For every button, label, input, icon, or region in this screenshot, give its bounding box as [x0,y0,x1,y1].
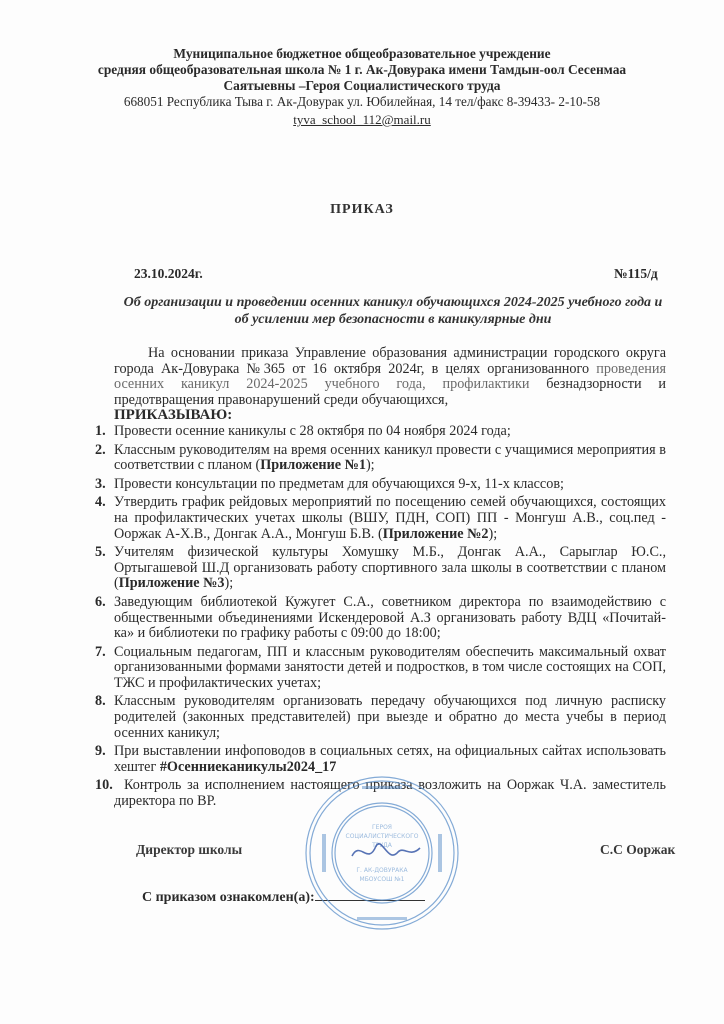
order-item: 4.Утвердить график рейдовых мероприятий … [114,495,666,542]
item-number: 10. [95,778,113,794]
acknowledgement-label: С приказом ознакомлен(а): [142,890,315,905]
item-text: Классным руководителям на время осенних … [114,442,666,474]
order-item: 7.Социальным педагогам, ПП и классным ру… [114,645,666,692]
letterhead-address: 668051 Республика Тыва г. Ак-Довурак ул.… [0,94,724,110]
document-date: 23.10.2024г. [134,266,203,282]
item-number: 5. [95,545,106,561]
appendix-ref: Приложение №1 [260,457,366,473]
school-name-cont: Саятыевны –Героя Социалистического труда [224,78,501,93]
order-word: ПРИКАЗЫВАЮ: [114,408,666,424]
svg-text:ГЕРОЯ: ГЕРОЯ [372,824,392,831]
item-number: 9. [95,744,106,760]
hashtag: #Осенниеканикулы2024_17 [160,759,337,775]
intro-text-1: На основании приказа Управление образова… [114,345,666,377]
svg-text:Г. АК-ДОВУРАКА: Г. АК-ДОВУРАКА [356,867,408,874]
item-tail: ); [489,526,498,542]
order-items-list: 1.Провести осенние каникулы с 28 октября… [114,424,666,810]
item-number: 4. [95,495,106,511]
order-item: 2.Классным руководителям на время осенни… [114,443,666,474]
email-link[interactable]: tyva_school_112@mail.ru [293,112,431,127]
official-stamp-icon: ГЕРОЯ СОЦИАЛИСТИЧЕСКОГО ТРУДА Г. АК-ДОВУ… [302,774,462,932]
intro-paragraph: На основании приказа Управление образова… [114,346,666,408]
school-name: средняя общеобразовательная школа № 1 г.… [98,62,626,77]
letterhead-line-1: Муниципальное бюджетное общеобразователь… [0,46,724,62]
item-number: 6. [95,595,106,611]
order-item: 1.Провести осенние каникулы с 28 октября… [114,424,666,440]
document-number: №115/д [614,266,658,282]
letterhead-email[interactable]: tyva_school_112@mail.ru [0,112,724,128]
appendix-ref: Приложение №2 [383,526,489,542]
svg-text:СОЦИАЛИСТИЧЕСКОГО: СОЦИАЛИСТИЧЕСКОГО [346,833,419,840]
item-text: Классным руководителям организовать пере… [114,693,666,740]
item-text: Социальным педагогам, ПП и классным руко… [114,644,666,691]
order-item: 5.Учителям физической культуры Хомушку М… [114,545,666,592]
item-number: 8. [95,694,106,710]
document-subject: Об организации и проведении осенних кани… [120,294,666,328]
letterhead-line-2: средняя общеобразовательная школа № 1 г.… [0,62,724,78]
item-number: 2. [95,443,106,459]
item-number: 3. [95,477,106,493]
signature-name: С.С Ооржак [600,842,675,858]
document-page: Муниципальное бюджетное общеобразователь… [0,0,724,1024]
item-text: Провести консультации по предметам для о… [114,476,564,492]
item-number: 1. [95,424,106,440]
order-item: 6.Заведующим библиотекой Кужугет С.А., с… [114,595,666,642]
svg-text:МБОУСОШ №1: МБОУСОШ №1 [360,876,405,883]
institution-type: Муниципальное бюджетное общеобразователь… [173,46,550,61]
signature-position: Директор школы [136,842,242,858]
order-item: 3.Провести консультации по предметам для… [114,477,666,493]
document-body: На основании приказа Управление образова… [114,346,666,813]
item-text: Заведующим библиотекой Кужугет С.А., сов… [114,594,666,641]
document-title: ПРИКАЗ [0,202,724,218]
item-text: Провести осенние каникулы с 28 октября п… [114,423,511,439]
order-item: 8.Классным руководителям организовать пе… [114,694,666,741]
order-item: 9.При выставлении инфоповодов в социальн… [114,744,666,775]
appendix-ref: Приложение №3 [119,575,225,591]
item-tail: ); [366,457,375,473]
item-tail: ); [224,575,233,591]
item-number: 7. [95,645,106,661]
letterhead-line-3: Саятыевны –Героя Социалистического труда [0,78,724,94]
